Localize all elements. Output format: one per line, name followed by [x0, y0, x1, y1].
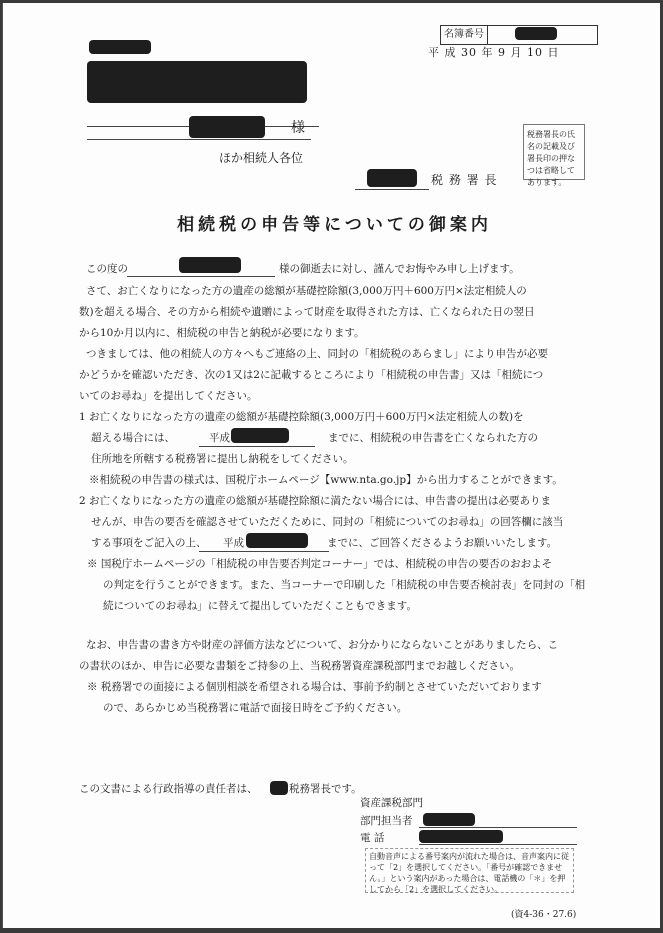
redacted-item2-deadline [246, 533, 308, 548]
item2-note-line3: 続についてのお尋ね」に替えて提出していただくこともできます。 [103, 598, 417, 613]
document-page: 〒 様 ほか相続人各位 名簿番号 平 成 30 年 9 月 10 日 税 務 署… [2, 3, 660, 928]
registry-label: 名簿番号 [441, 26, 488, 44]
para3-line1: なお、申告書の書き方や財産の評価方法などについて、お分かりにならないことがありま… [86, 637, 558, 652]
staff-underline [419, 827, 577, 828]
seal-omission-note: 税務署長の氏名の記載及び署長印の押なつは省略してあります。 [523, 124, 585, 180]
responsible-pre: この文書による行政指導の責任者は、 [79, 781, 258, 796]
redacted-phone-number [419, 830, 503, 843]
item1-line1: 1 お亡くなりになった方の遺産の総額が基礎控除額(3,000万円＋600万円×法… [79, 409, 524, 424]
sender-underline [355, 189, 429, 190]
para2-line1: つきましては、他の相続人の方々へもご連絡の上、同封の「相続税のあらまし」により申… [86, 346, 548, 361]
redacted-tax-office-name [367, 169, 417, 187]
item1-line3: 住所地を所轄する税務署に提出し納税をしてください。 [91, 451, 354, 466]
item2-line2: せんが、申告の要否を確認させていただくために、同封の「相続についてのお尋ね」の回… [91, 514, 563, 529]
phone-underline [419, 844, 577, 845]
condolence-post: 様の御逝去に対し、謹んでお悔やみ申し上げます。 [279, 261, 520, 276]
para3-note-line1: ※ 税務署での面接による個別相談を希望される場合は、事前予約制とさせていただいて… [87, 679, 542, 694]
item2-deadline-era: 平成 [223, 535, 244, 550]
redacted-address [87, 61, 307, 103]
item2-line3a: する事項をご記入の上、 [91, 535, 207, 550]
redacted-item1-deadline [231, 428, 289, 443]
para3-line2: の書状のほか、申告に必要な書類をご持参の上、当税務署資産課税部門までお越しくださ… [79, 658, 520, 673]
deceased-underline [127, 276, 275, 277]
redacted-office-name [270, 781, 288, 795]
para1-line3: から10か月以内に、相続税の申告と納税が必要になります。 [79, 325, 365, 340]
redacted-staff-name [423, 813, 475, 826]
redacted-postal-code [89, 40, 151, 54]
phone-label: 電 話 [360, 830, 384, 845]
item2-line1: 2 お亡くなりになった方の遺産の総額が基礎控除額に満たない場合には、申告書の提出… [79, 493, 551, 508]
redacted-addressee-name [189, 116, 265, 138]
para3-note-line2: ので、あらかじめ当税務署に電話で面接日時をご予約ください。 [103, 700, 407, 715]
form-code: (資4-36・27.6) [511, 907, 576, 920]
responsible-post: 税務署長です。 [289, 781, 362, 796]
item1-line2b: までに、相続税の申告書を亡くなられた方の [328, 430, 538, 445]
condolence-pre: この度の [86, 261, 128, 276]
issue-date: 平 成 30 年 9 月 10 日 [428, 44, 559, 60]
para1-line2: 数)を超える場合、その方から相続や遺贈によって財産を取得された方は、亡くなられた… [79, 304, 535, 319]
item1-deadline-underline [199, 446, 315, 447]
item1-deadline-era: 平成 [209, 430, 230, 445]
redacted-deceased-name [179, 257, 241, 273]
item2-deadline-underline [199, 551, 329, 552]
item2-note-line2: の判定を行うことができます。また、当コーナーで印刷した「相続税の申告要否検討表」… [103, 577, 585, 592]
para2-line2: かどうかを確認いただき、次の1又は2に記載するところにより「相続税の申告書」又は… [79, 367, 543, 382]
other-heirs-label: ほか相続人各位 [219, 149, 303, 166]
para2-line3: いてのお尋ね」を提出してください。 [79, 388, 258, 403]
item2-line3b: までに、ご回答くださるようお願いいたします。 [327, 535, 557, 550]
item2-note-line1: ※ 国税庁ホームページの「相続税の申告要否判定コーナー」では、相続税の申告の要否… [87, 556, 552, 571]
sender-title: 税 務 署 長 [431, 171, 497, 188]
item1-note: ※相続税の申告書の様式は、国税庁ホームページ【www.nta.go.jp】から出… [89, 472, 563, 487]
phone-guidance-note: 自動音声による番号案内が流れた場合は、音声案内に従って「2」を選択してください。… [365, 848, 574, 893]
staff-label: 部門担当者 [360, 813, 413, 828]
document-title: 相続税の申告等についての御案内 [3, 210, 663, 235]
addressee-honorific: 様 [291, 117, 305, 137]
item1-line2a: 超える場合には、 [91, 430, 175, 445]
redacted-registry-number [515, 27, 557, 40]
department-label: 資産課税部門 [360, 795, 423, 810]
name-underline [87, 139, 311, 140]
para1-line1: さて、お亡くなりになった方の遺産の総額が基礎控除額(3,000万円＋600万円×… [86, 283, 527, 298]
